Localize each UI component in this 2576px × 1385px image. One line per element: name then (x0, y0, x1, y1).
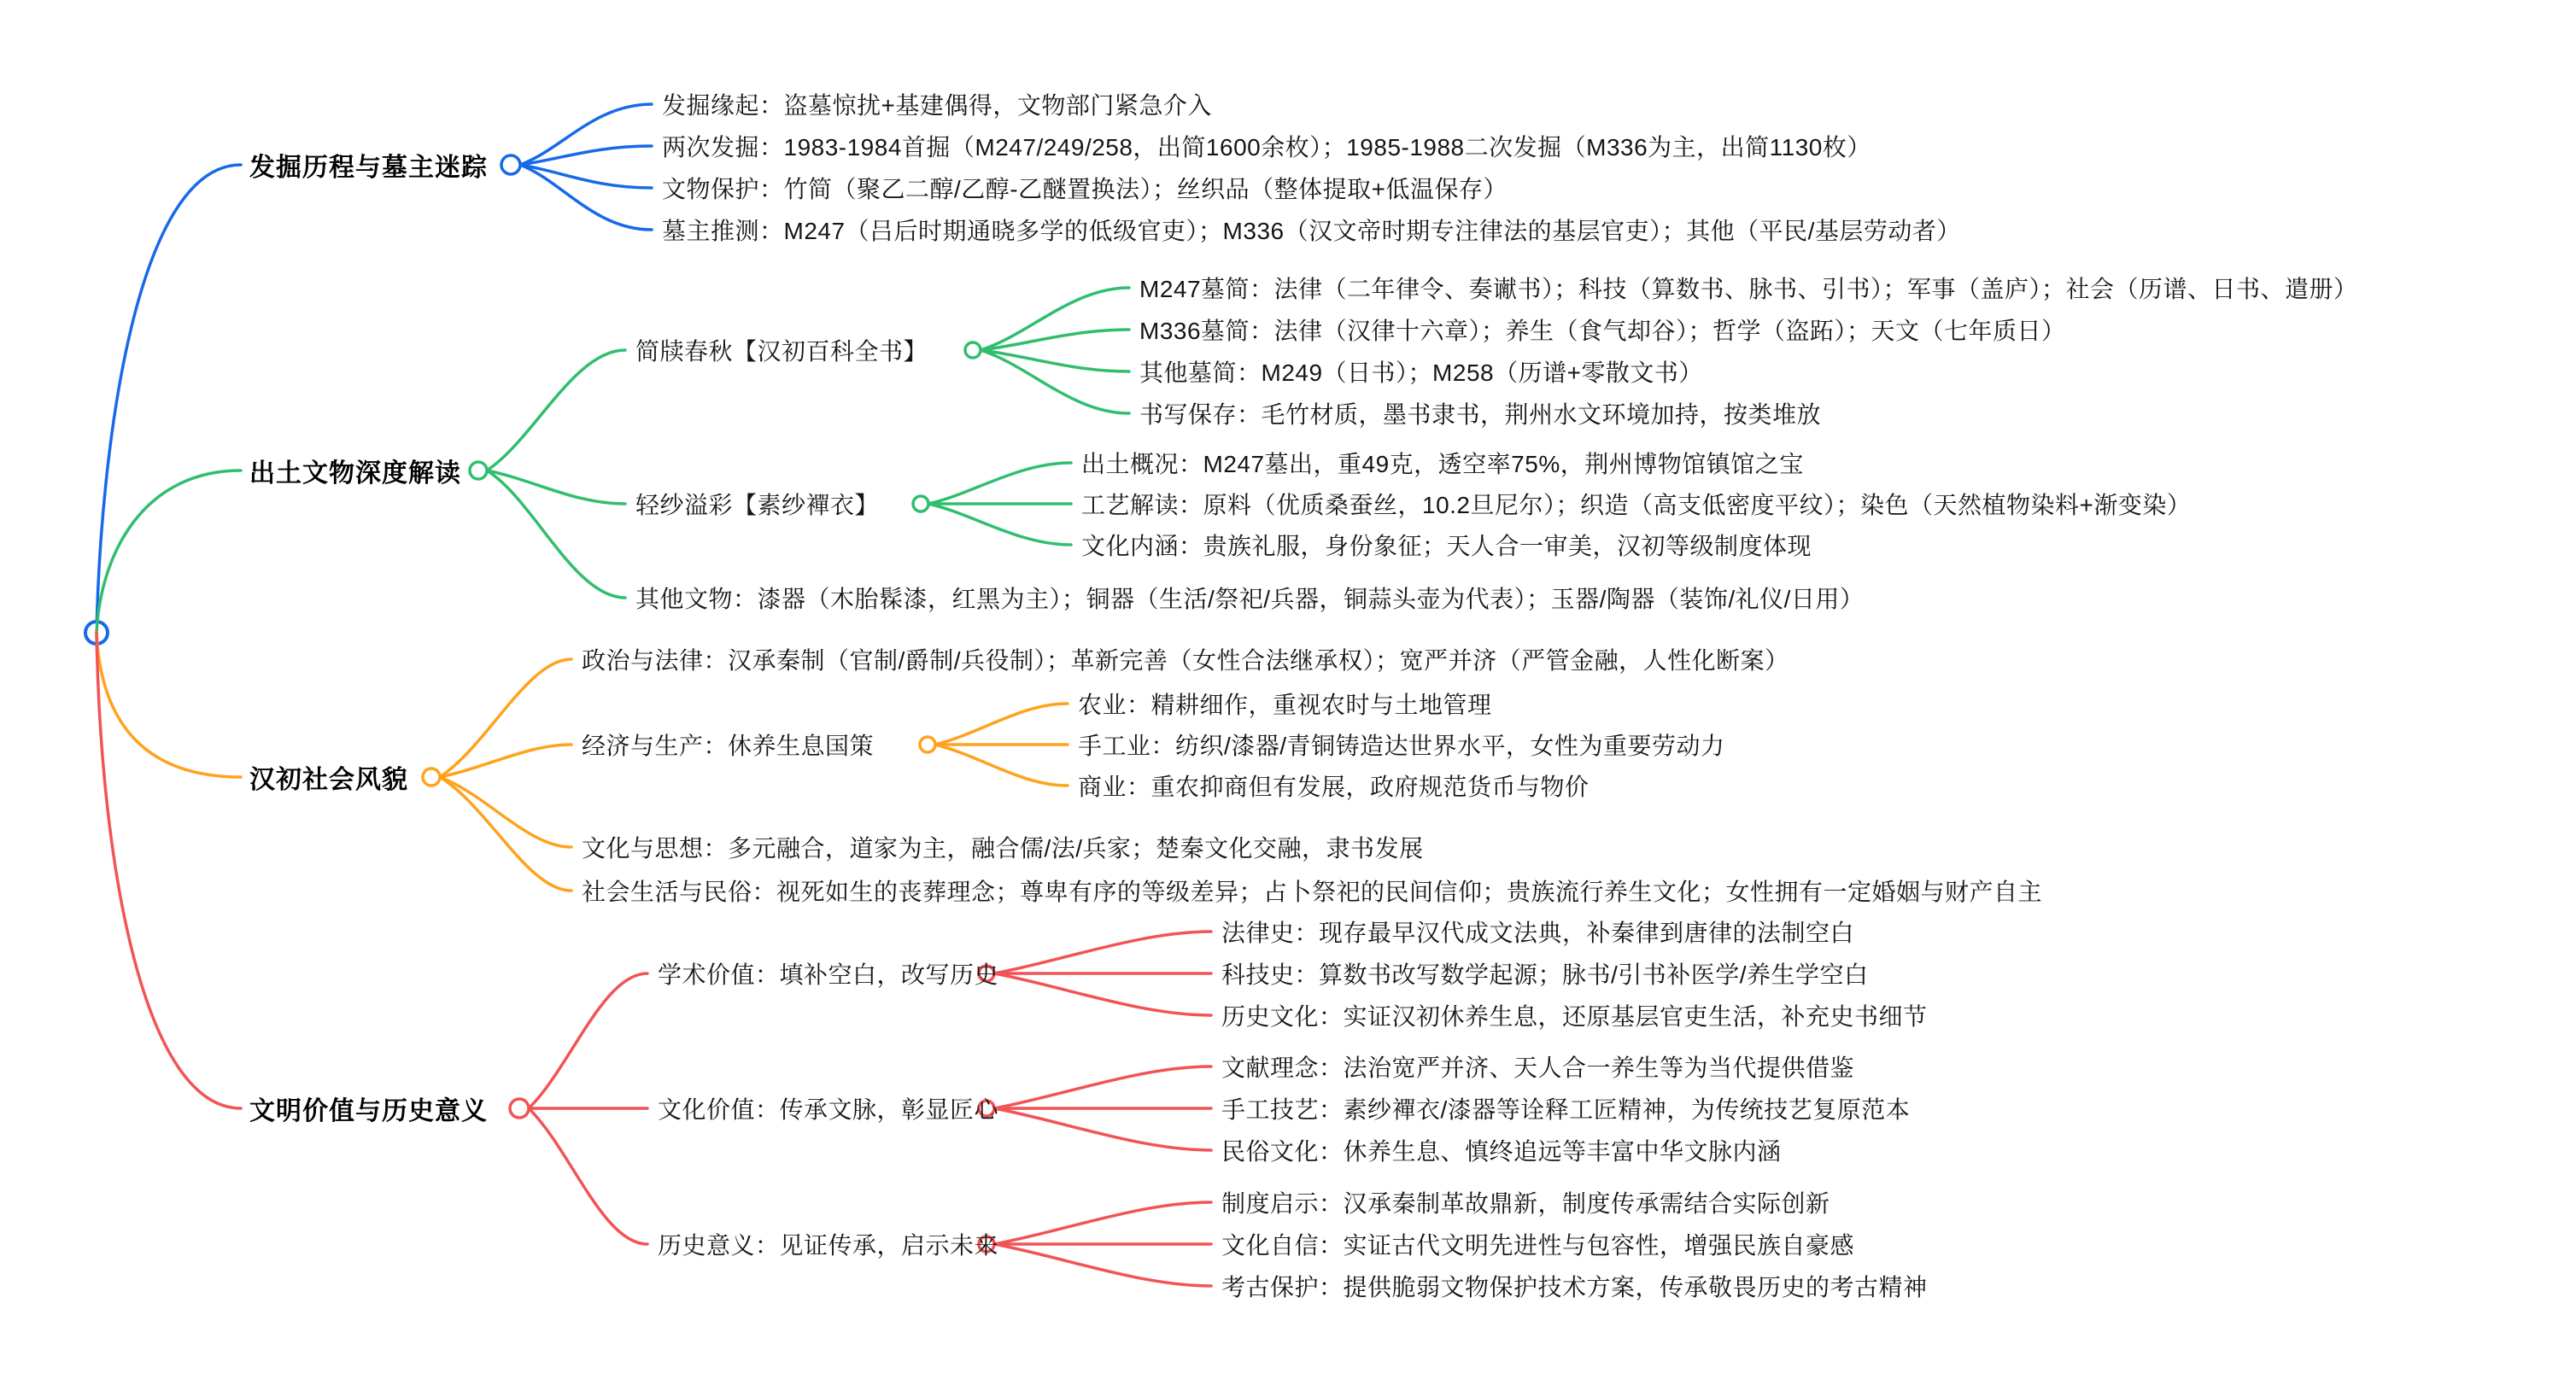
leaf-craftsmanship[interactable]: 手工技艺：素纱襌衣/漆器等诠释工匠精神，为传统技艺复原范本 (1221, 1091, 1910, 1125)
silk-gown-node-circle[interactable] (913, 496, 928, 511)
leaf-tech-history[interactable]: 科技史：算数书改写数学起源；脉书/引书补医学/养生学空白 (1221, 956, 1869, 991)
branch-unearthed-relics[interactable]: 出土文物深度解读 (249, 452, 461, 489)
node-silk-gown[interactable]: 轻纱溢彩【素纱襌衣】 (635, 487, 879, 521)
leaf-m247-slips[interactable]: M247墓简：法律（二年律令、奏谳书）；科技（算数书、脉书、引书）；军事（盖庐）… (1139, 271, 2358, 305)
leaf-relic-protection[interactable]: 文物保护：竹简（聚乙二醇/乙醇-乙醚置换法）；丝织品（整体提取+低温保存） (662, 171, 1508, 205)
leaf-social-life-folk[interactable]: 社会生活与民俗：视死如生的丧葬理念；尊卑有序的等级差异；占卜祭祀的民间信仰；贵族… (582, 874, 2042, 908)
leaf-excavation-origin[interactable]: 发掘缘起：盗墓惊扰+基建偶得，文物部门紧急介入 (662, 87, 1212, 121)
leaf-handicraft[interactable]: 手工业：纺织/漆器/青铜铸造达世界水平，女性为重要劳动力 (1078, 728, 1725, 762)
leaf-document-ideas[interactable]: 文献理念：法治宽严并济、天人合一养生等为当代提供借鉴 (1221, 1049, 1854, 1084)
value-node-circle[interactable] (510, 1099, 529, 1118)
leaf-politics-law[interactable]: 政治与法律：汉承秦制（官制/爵制/兵役制）；革新完善（女性合法继承权）；宽严并济… (582, 642, 1789, 676)
leaf-tomb-owner-guess[interactable]: 墓主推测：M247（吕后时期通晓多学的低级官吏）；M336（汉文帝时期专注律法的… (662, 213, 1961, 247)
leaf-institution-insight[interactable]: 制度启示：汉承秦制革故鼎新，制度传承需结合实际创新 (1221, 1185, 1830, 1219)
leaf-m336-slips[interactable]: M336墓简：法律（汉律十六章）；养生（食气却谷）；哲学（盗跖）；天文（七年质日… (1139, 313, 2066, 347)
economy-node-circle[interactable] (920, 737, 935, 752)
leaf-culture-thought[interactable]: 文化与思想：多元融合，道家为主，融合儒/法/兵家；楚秦文化交融，隶书发展 (582, 830, 1424, 864)
leaf-unearth-overview[interactable]: 出土概况：M247墓出，重49克，透空率75%，荆州博物馆镇馆之宝 (1081, 446, 1804, 480)
leaf-history-culture[interactable]: 历史文化：实证汉初休养生息，还原基层官吏生活，补充史书细节 (1221, 998, 1928, 1032)
leaf-craft-analysis[interactable]: 工艺解读：原料（优质桑蚕丝，10.2旦尼尔）；织造（高支低密度平纹）；染色（天然… (1081, 487, 2191, 521)
mindmap-canvas: 发掘历程与墓主迷踪 发掘缘起：盗墓惊扰+基建偶得，文物部门紧急介入 两次发掘：1… (0, 0, 2576, 1385)
leaf-commerce[interactable]: 商业：重农抑商但有发展，政府规范货币与物价 (1078, 768, 1590, 803)
node-historic-meaning[interactable]: 历史意义：见证传承，启示未来 (658, 1227, 998, 1261)
leaf-two-digs[interactable]: 两次发掘：1983-1984首掘（M247/249/258，出简1600余枚）；… (662, 129, 1871, 163)
leaf-agriculture[interactable]: 农业：精耕细作，重视农时与土地管理 (1078, 687, 1492, 721)
relics-node-circle[interactable] (470, 462, 487, 479)
leaf-writing-preservation[interactable]: 书写保存：毛竹材质，墨书隶书，荆州水文环境加持，按类堆放 (1139, 396, 1821, 430)
excavation-node-circle[interactable] (501, 155, 520, 174)
node-bamboo-slips[interactable]: 简牍春秋【汉初百科全书】 (635, 333, 928, 367)
node-cultural-value[interactable]: 文化价值：传承文脉，彰显匠心 (658, 1091, 998, 1125)
branch-civilization-value[interactable]: 文明价值与历史意义 (249, 1090, 488, 1127)
leaf-law-history[interactable]: 法律史：现存最早汉代成文法典，补秦律到唐律的法制空白 (1221, 915, 1854, 949)
connectors-branch-excavation (85, 104, 652, 644)
branch-early-han-society[interactable]: 汉初社会风貌 (249, 758, 408, 796)
node-academic-value[interactable]: 学术价值：填补空白，改写历史 (658, 956, 998, 991)
bamboo-slips-node-circle[interactable] (965, 342, 981, 358)
leaf-cultural-connotation[interactable]: 文化内涵：贵族礼服，身份象征；天人合一审美，汉初等级制度体现 (1081, 528, 1812, 562)
leaf-archaeology-protection[interactable]: 考古保护：提供脆弱文物保护技术方案，传承敬畏历史的考古精神 (1221, 1269, 1928, 1303)
leaf-folk-culture[interactable]: 民俗文化：休养生息、慎终追远等丰富中华文脉内涵 (1221, 1133, 1782, 1167)
society-node-circle[interactable] (423, 768, 440, 786)
leaf-other-relics[interactable]: 其他文物：漆器（木胎髹漆，红黑为主）；铜器（生活/祭祀/兵器，铜蒜头壶为代表）；… (635, 581, 1864, 615)
leaf-cultural-confidence[interactable]: 文化自信：实证古代文明先进性与包容性，增强民族自豪感 (1221, 1227, 1854, 1261)
node-economy-production[interactable]: 经济与生产：休养生息国策 (582, 728, 874, 762)
leaf-other-slips[interactable]: 其他墓简：M249（日书）；M258（历谱+零散文书） (1139, 354, 1703, 389)
branch-excavation-history[interactable]: 发掘历程与墓主迷踪 (249, 146, 488, 184)
